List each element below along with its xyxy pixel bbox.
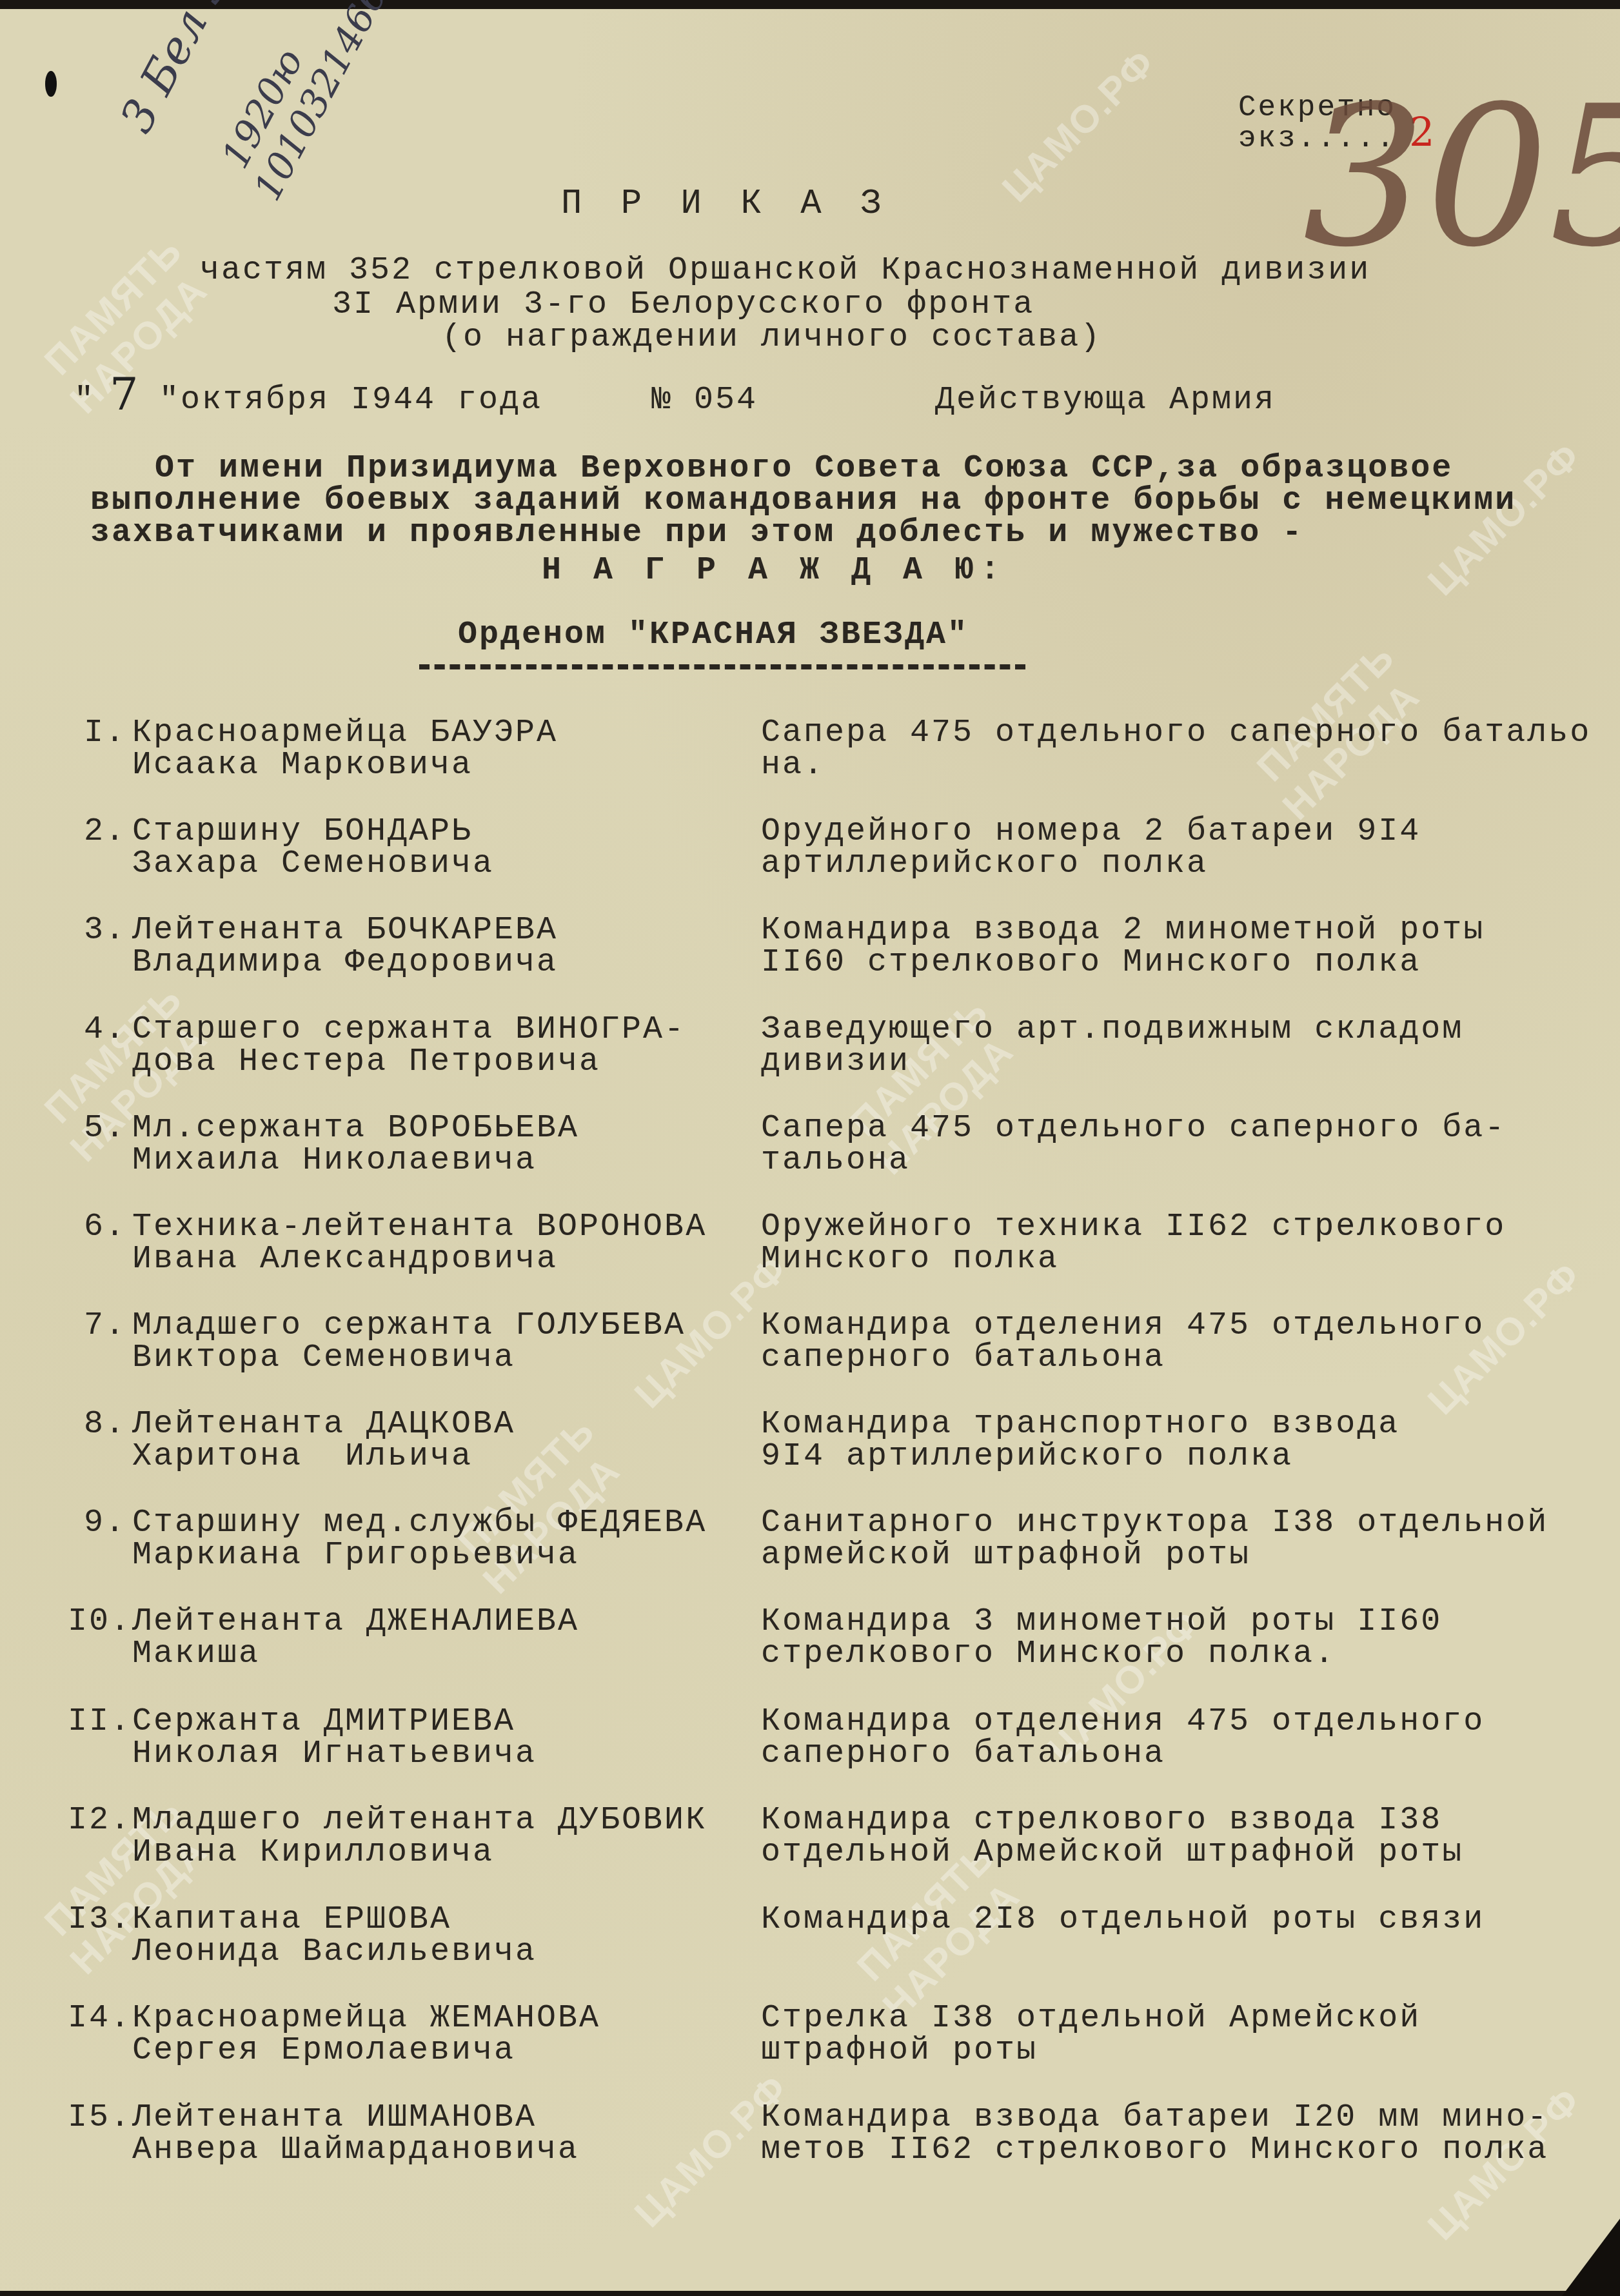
recipient-rank-surname: Старшину мед.службы ФЕДЯЕВА [132, 1506, 707, 1541]
recipient-position: саперного батальона [761, 1341, 1165, 1376]
recipient-number: I3. [68, 1903, 132, 1937]
award-verb: Н А Г Р А Ж Д А Ю: [542, 553, 1006, 588]
recipient-position: Стрелка I38 отдельной Армейской [761, 2001, 1421, 2036]
recipient-given-names: Леонида Васильевича [132, 1935, 537, 1970]
recipient-position: артиллерийского полка [761, 847, 1208, 882]
scan-edge-top [0, 0, 1620, 9]
recipient-position: армейской штрафной роты [761, 1538, 1250, 1573]
award-name: Орденом "КРАСНАЯ ЗВЕЗДА" [458, 618, 969, 653]
recipient-given-names: дова Нестера Петровича [132, 1045, 600, 1080]
separator-line [419, 664, 1025, 669]
recipient-position: II60 стрелкового Минского полка [761, 945, 1421, 980]
preamble-text: выполнение боевых заданий командования н… [90, 484, 1516, 519]
recipient-position: Минского полка [761, 1242, 1059, 1277]
recipient-position: Командира взвода батареи I20 мм мино- [761, 2101, 1548, 2135]
recipient-rank-surname: Красноармейца ЖЕМАНОВА [132, 2001, 600, 2036]
recipient-number: 9. [84, 1506, 126, 1541]
recipient-number: 7. [84, 1309, 126, 1343]
recipient-position: Оружейного техника II62 стрелкового [761, 1210, 1506, 1245]
order-date: " "октября I944 года [74, 383, 542, 418]
document-subtitle: (о награждении личного состава) [442, 321, 1101, 355]
document-title: П Р И К А З [561, 187, 890, 222]
recipient-number: I2. [68, 1803, 132, 1838]
recipient-rank-surname: Старшину БОНДАРЬ [132, 815, 473, 849]
scan-edge-bottom [0, 2291, 1620, 2296]
recipient-position: дивизии [761, 1045, 910, 1080]
recipient-given-names: Михаила Николаевича [132, 1143, 537, 1178]
recipient-rank-surname: Лейтенанта ДЖЕНАЛИЕВА [132, 1605, 579, 1639]
recipient-given-names: Анвера Шаймардановича [132, 2133, 579, 2168]
recipient-number: II. [68, 1705, 132, 1739]
recipient-position: Орудейного номера 2 батареи 9I4 [761, 815, 1421, 849]
recipient-rank-surname: Лейтенанта ДАЦКОВА [132, 1407, 515, 1442]
preamble-text: захватчиками и проявленные при этом добл… [90, 516, 1303, 551]
recipient-position: на. [761, 748, 825, 783]
recipient-position: тальона [761, 1143, 910, 1178]
recipient-position: Командира 3 минометной роты II60 [761, 1605, 1442, 1639]
recipient-rank-surname: Лейтенанта БОЧКАРЕВА [132, 913, 558, 948]
recipient-position: штрафной роты [761, 2034, 1038, 2068]
recipient-position: Командира отделения 475 отдельного [761, 1705, 1485, 1739]
recipient-given-names: Ивана Александровича [132, 1242, 558, 1277]
preamble-text: От имени Призидиума Верховного Совета Со… [155, 451, 1453, 486]
recipient-position: Командира взвода 2 минометной роты [761, 913, 1485, 948]
recipient-rank-surname: Младшего лейтенанта ДУБОВИК [132, 1803, 707, 1838]
recipient-number: I. [84, 716, 126, 751]
recipient-position: Командира стрелкового взвода I38 [761, 1803, 1442, 1838]
document-subtitle: частям 352 стрелковой Оршанской Краснозн… [200, 253, 1370, 288]
recipient-rank-surname: Капитана ЕРШОВА [132, 1903, 451, 1937]
recipient-number: 2. [84, 815, 126, 849]
recipient-position: Командира отделения 475 отдельного [761, 1309, 1485, 1343]
recipient-position: 9I4 артиллерийского полка [761, 1440, 1293, 1474]
recipient-number: 5. [84, 1111, 126, 1146]
recipient-rank-surname: Техника-лейтенанта ВОРОНОВА [132, 1210, 707, 1245]
recipient-position: саперного батальона [761, 1737, 1165, 1772]
recipient-rank-surname: Мл.сержанта ВОРОБЬЕВА [132, 1111, 579, 1146]
recipient-given-names: Макиша [132, 1637, 260, 1672]
recipient-position: Сапера 475 отдельного саперного ба- [761, 1111, 1506, 1146]
recipient-number: I0. [68, 1605, 132, 1639]
recipient-rank-surname: Красноармейца БАУЭРА [132, 716, 558, 751]
scan-corner [1562, 2219, 1620, 2296]
recipient-given-names: Захара Семеновича [132, 847, 494, 882]
document-subtitle: 3I Армии 3-го Белорусского фронта [332, 288, 1034, 322]
recipient-given-names: Исаака Марковича [132, 748, 473, 783]
recipient-given-names: Виктора Семеновича [132, 1341, 515, 1376]
recipient-number: I5. [68, 2101, 132, 2135]
recipient-rank-surname: Старшего сержанта ВИНОГРА- [132, 1013, 686, 1047]
recipient-rank-surname: Младшего сержанта ГОЛУБЕВА [132, 1309, 686, 1343]
recipient-given-names: Харитона Ильича [132, 1440, 473, 1474]
recipient-position: стрелкового Минского полка. [761, 1637, 1336, 1672]
recipient-position: Сапера 475 отдельного саперного батальо [761, 716, 1591, 751]
recipient-given-names: Сергея Ермолаевича [132, 2034, 515, 2068]
recipient-rank-surname: Сержанта ДМИТРИЕВА [132, 1705, 515, 1739]
ink-blot [45, 71, 57, 97]
recipient-number: 6. [84, 1210, 126, 1245]
recipient-number: 3. [84, 913, 126, 948]
recipient-given-names: Владимира Федоровича [132, 945, 558, 980]
recipient-position: Командира 2I8 отдельной роты связи [761, 1903, 1485, 1937]
recipient-position: метов II62 стрелкового Минского полка [761, 2133, 1548, 2168]
recipient-given-names: Ивана Кирилловича [132, 1836, 494, 1870]
recipient-position: Заведующего арт.подвижным складом [761, 1013, 1463, 1047]
recipient-number: I4. [68, 2001, 132, 2036]
location: Действующа Армия [935, 383, 1276, 418]
order-day: 7 [110, 368, 139, 421]
recipient-position: Санитарного инструктора I38 отдельной [761, 1506, 1548, 1541]
recipient-given-names: Николая Игнатьевича [132, 1737, 537, 1772]
recipient-position: Командира транспортного взвода [761, 1407, 1399, 1442]
recipient-number: 4. [84, 1013, 126, 1047]
recipient-given-names: Маркиана Григорьевича [132, 1538, 579, 1573]
recipient-rank-surname: Лейтенанта ИШМАНОВА [132, 2101, 537, 2135]
order-number: № 054 [651, 383, 758, 418]
recipient-position: отдельной Армейской штрафной роты [761, 1836, 1463, 1870]
recipient-number: 8. [84, 1407, 126, 1442]
